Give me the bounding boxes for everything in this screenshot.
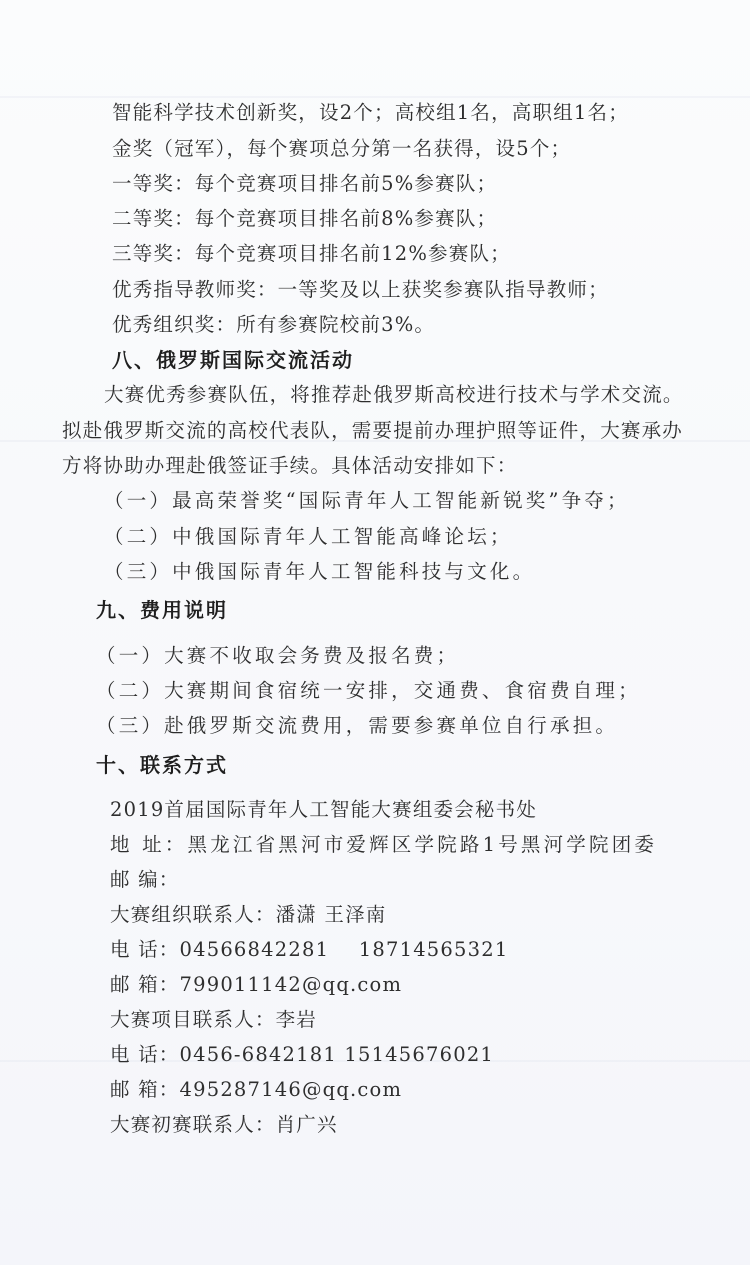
paragraph-line: 拟赴俄罗斯交流的高校代表队，需要提前办理护照等证件，大赛承办 xyxy=(62,418,683,444)
document-page: 智能科学技术创新奖，设2个；高校组1名，高职组1名； 金奖（冠军），每个赛项总分… xyxy=(0,0,750,1265)
award-line: 二等奖：每个竞赛项目排名前8%参赛队； xyxy=(112,206,497,232)
contact-postcode: 邮 编： xyxy=(110,867,180,893)
paragraph-line: 大赛优秀参赛队伍，将推荐赴俄罗斯高校进行技术与学术交流。 xyxy=(104,382,684,408)
contact-organizer: 2019首届国际青年人工智能大赛组委会秘书处 xyxy=(110,797,537,823)
section-heading-fees: 九、费用说明 xyxy=(96,597,228,623)
fee-item: （三）赴俄罗斯交流费用，需要参赛单位自行承担。 xyxy=(96,713,618,739)
award-line: 一等奖：每个竞赛项目排名前5%参赛队； xyxy=(112,171,497,197)
contact-person-project: 大赛项目联系人：李岩 xyxy=(110,1007,317,1033)
activity-item: （三）中俄国际青年人工智能科技与文化。 xyxy=(104,559,535,585)
fee-item: （二）大赛期间食宿统一安排，交通费、食宿费自理； xyxy=(96,678,641,704)
activity-item: （一）最高荣誉奖“国际青年人工智能新锐奖”争夺； xyxy=(104,488,630,514)
scan-artifact xyxy=(0,96,750,98)
contact-email: 邮 箱：495287146@qq.com xyxy=(110,1077,402,1103)
contact-address: 地 址：黑龙江省黑河市爱辉区学院路1号黑河学院团委 xyxy=(110,832,657,858)
contact-email: 邮 箱：799011142@qq.com xyxy=(110,972,402,998)
award-line: 智能科学技术创新奖，设2个；高校组1名，高职组1名； xyxy=(112,100,629,126)
award-line: 优秀指导教师奖：一等奖及以上获奖参赛队指导教师； xyxy=(112,277,609,303)
fee-item: （一）大赛不收取会务费及报名费； xyxy=(96,643,459,669)
contact-phone: 电 话：04566842281 18714565321 xyxy=(110,937,508,963)
contact-person-organization: 大赛组织联系人：潘潇 王泽南 xyxy=(110,902,387,928)
section-heading-russia-exchange: 八、俄罗斯国际交流活动 xyxy=(112,347,354,373)
award-line: 优秀组织奖：所有参赛院校前3%。 xyxy=(112,312,435,338)
contact-phone: 电 话：0456-6842181 15145676021 xyxy=(110,1042,494,1068)
award-line: 金奖（冠军），每个赛项总分第一名获得，设5个； xyxy=(112,136,571,162)
award-line: 三等奖：每个竞赛项目排名前12%参赛队； xyxy=(112,241,511,267)
paragraph-line: 方将协助办理赴俄签证手续。具体活动安排如下： xyxy=(62,453,517,479)
contact-person-preliminary: 大赛初赛联系人：肖广兴 xyxy=(110,1112,338,1138)
activity-item: （二）中俄国际青年人工智能高峰论坛； xyxy=(104,524,513,550)
section-heading-contact: 十、联系方式 xyxy=(96,752,228,778)
